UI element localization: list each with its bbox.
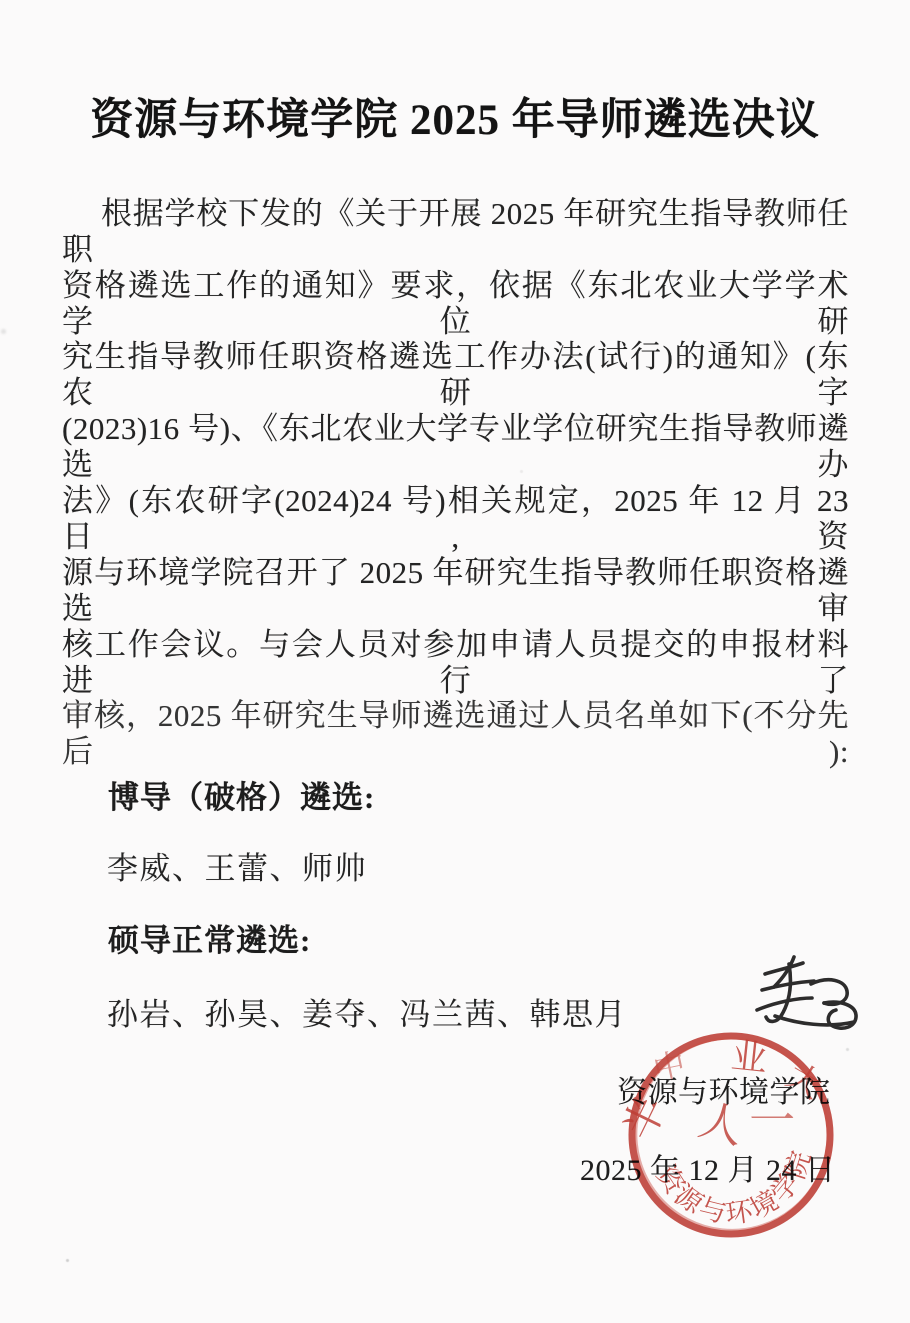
names-doctoral-exception: 李威、王蕾、师帅 bbox=[107, 843, 367, 888]
section-heading-doctoral-exception: 博导（破格）遴选: bbox=[108, 772, 375, 817]
paragraph-line: 根据学校下发的《关于开展 2025 年研究生指导教师任职 bbox=[62, 196, 849, 268]
paragraph-line: (2023)16 号)、《东北农业大学专业学位研究生指导教师遴选办 bbox=[62, 411, 849, 483]
section-heading-master-regular: 硕导正常遴选: bbox=[108, 915, 311, 960]
paragraph-line: 法》(东农研字(2024)24 号)相关规定，2025 年 12 月 23 日,… bbox=[62, 483, 849, 555]
document-title: 资源与环境学院 2025 年导师遴选决议 bbox=[0, 86, 910, 147]
paragraph-line: 究生指导教师任职资格遴选工作办法(试行)的通知》(东农研字 bbox=[62, 339, 849, 411]
seal-top-glyph: 业 bbox=[729, 1036, 769, 1080]
seal-mid-center-glyph: 人 bbox=[694, 1095, 749, 1153]
names-master-regular: 孙岩、孙昊、姜夺、冯兰茜、韩思月 bbox=[107, 989, 627, 1034]
paragraph-line: 核工作会议。与会人员对参加申请人员提交的申报材料进行了 bbox=[62, 627, 849, 699]
seal-mid-right-glyph: 一 bbox=[749, 1095, 795, 1146]
paragraph-line: 源与环境学院召开了 2025 年研究生指导教师任职资格遴选审 bbox=[62, 555, 849, 627]
scanned-document-page: 资源与环境学院 2025 年导师遴选决议 根据学校下发的《关于开展 2025 年… bbox=[0, 0, 910, 1323]
paragraph-line: 审核，2025 年研究生导师遴选通过人员名单如下(不分先后): bbox=[62, 698, 849, 770]
paragraph-line: 资格遴选工作的通知》要求，依据《东北农业大学学术学位研 bbox=[62, 268, 849, 340]
official-seal-stamp: 业 中 大 半 人 一 资源与环境学院 bbox=[622, 1028, 840, 1246]
